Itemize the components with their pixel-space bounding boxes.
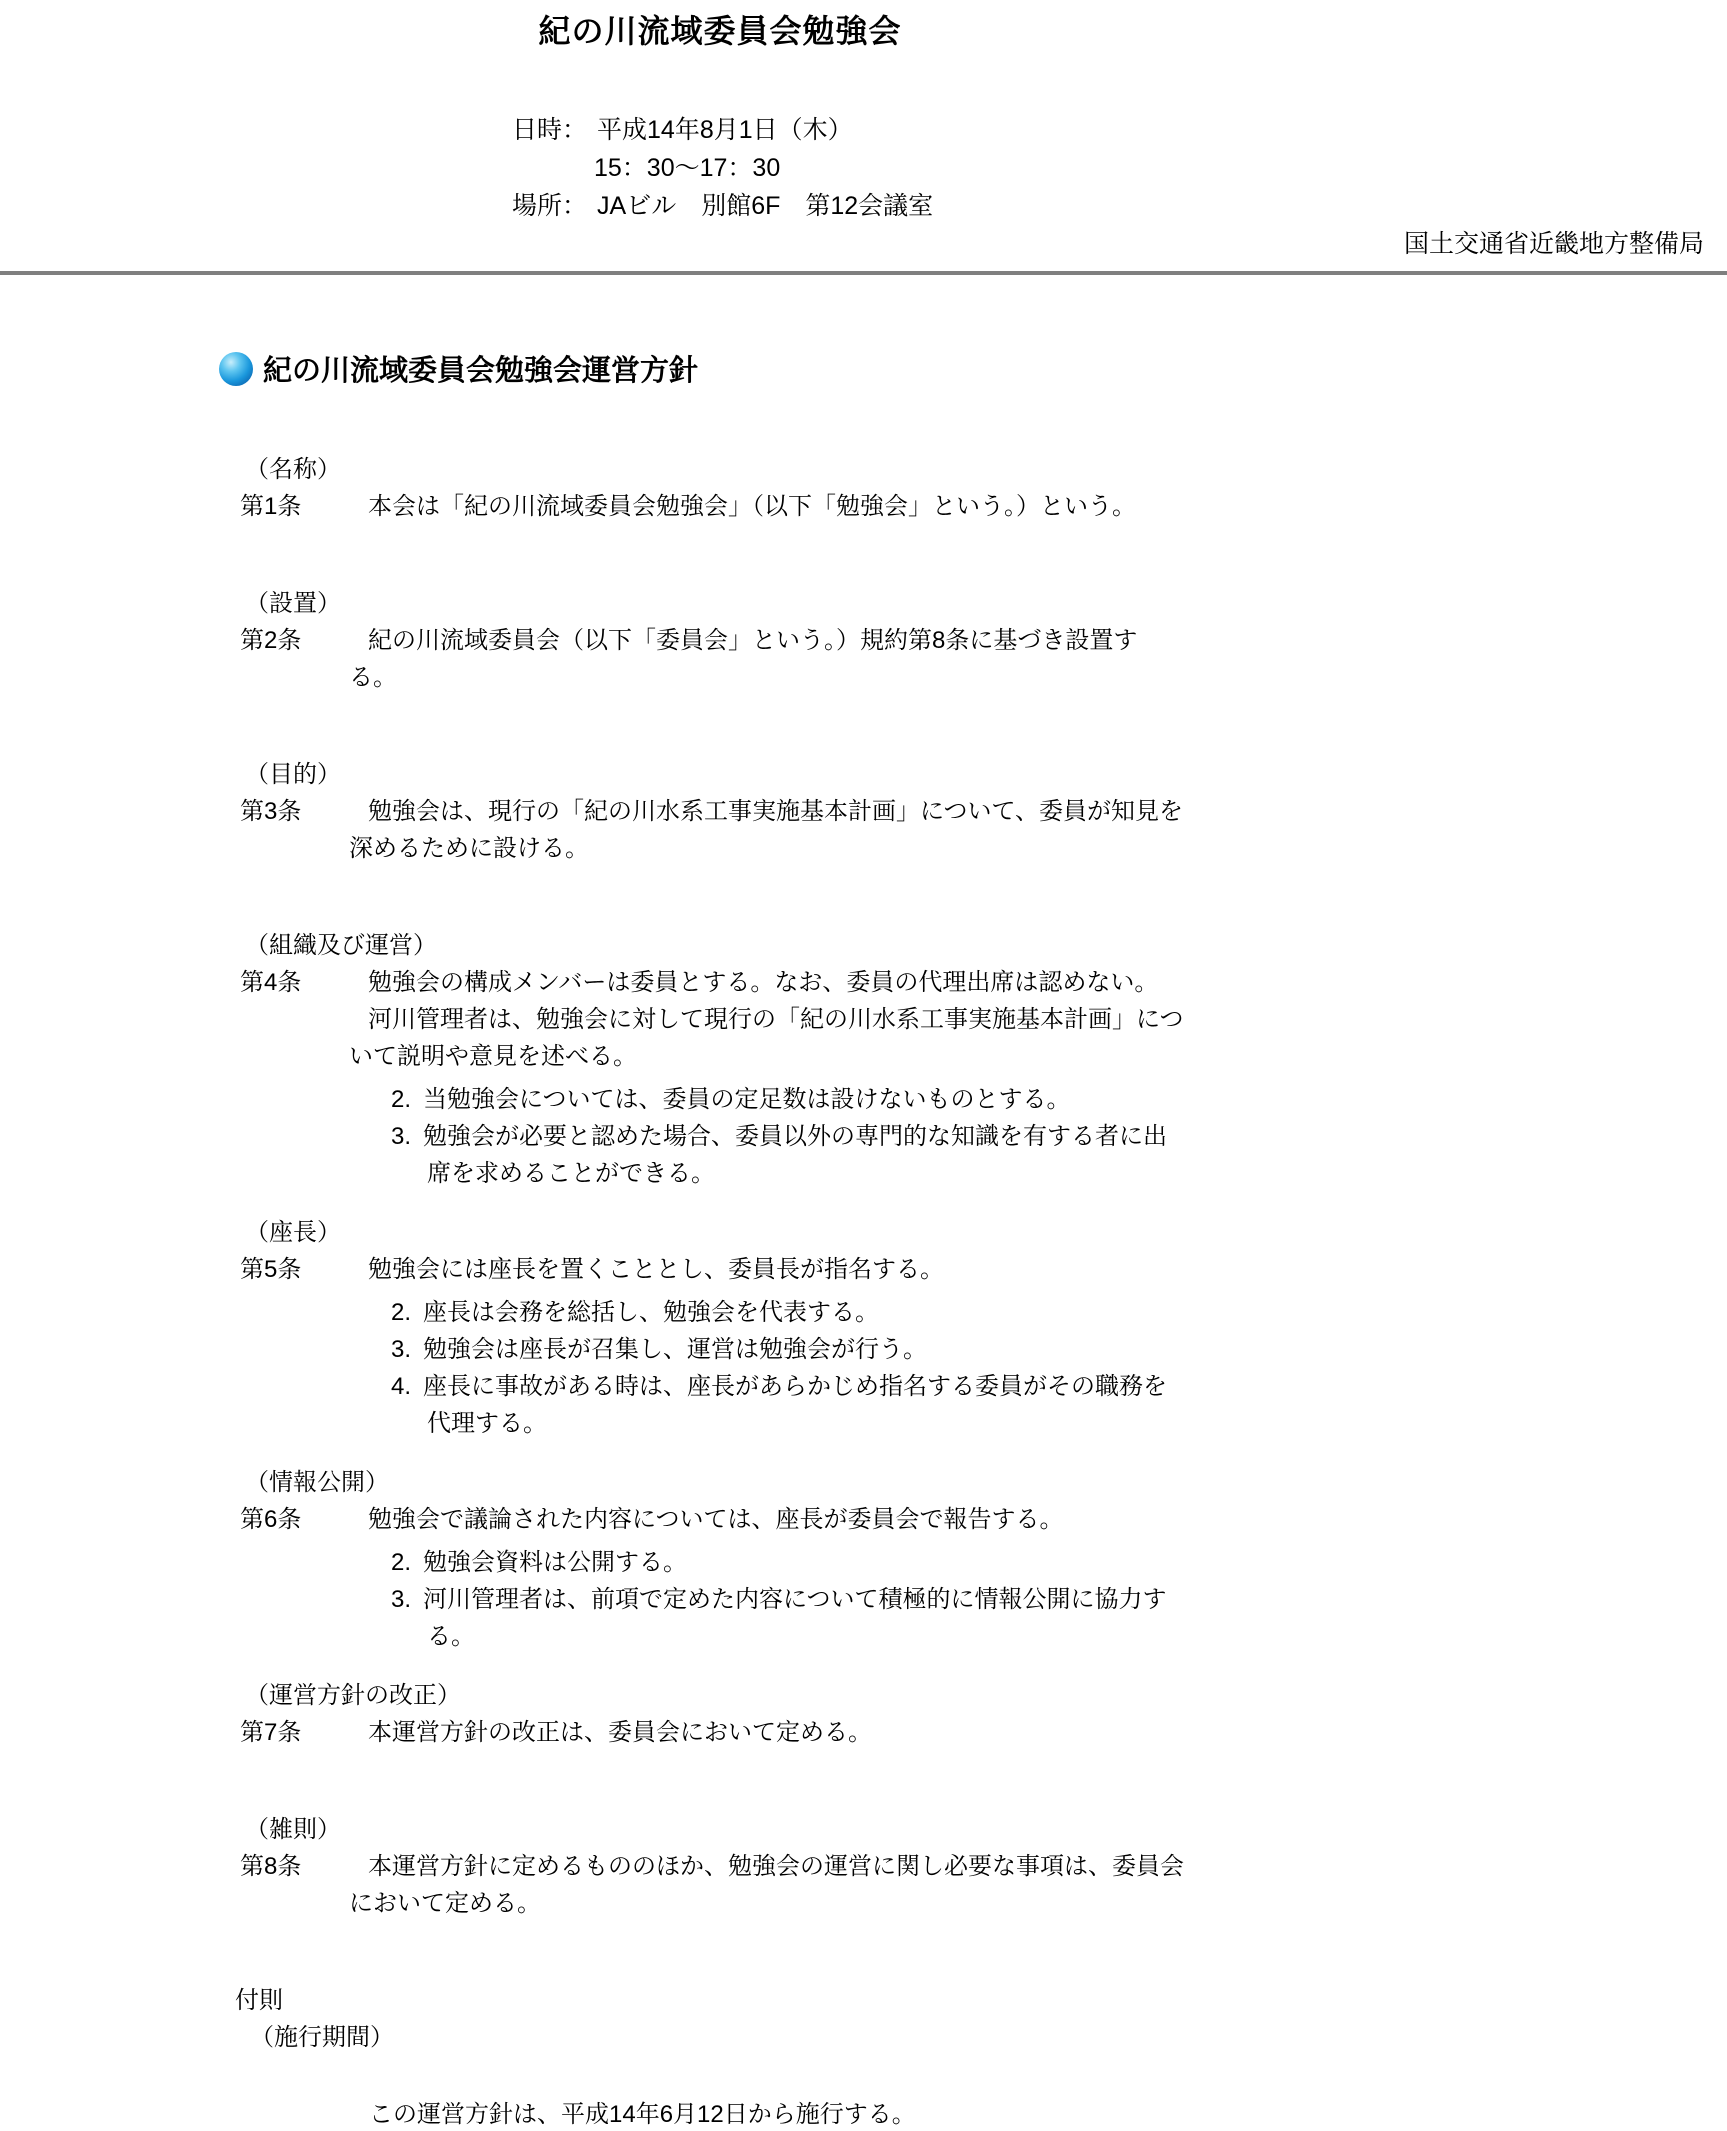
- document-page: 紀の川流域委員会勉強会 日時：平成14年8月1日（木） 15：30～17：30 …: [0, 0, 1727, 2131]
- meta-place: 場所：JAビル 別館6F 第12会議室: [0, 187, 1727, 225]
- article-text: 勉強会は、現行の「紀の川水系工事実施基本計画」について、委員が知見を: [368, 798, 1183, 825]
- item-text: 河川管理者は、前項で定めた内容について積極的に情報公開に協力す: [423, 1586, 1167, 1613]
- item-number: 3.: [391, 1123, 411, 1150]
- article-第7条: （運営方針の改正）第7条本運営方針の改正は、委員会において定める。: [0, 1677, 1727, 1751]
- article-caption: （設置）: [0, 585, 1727, 622]
- article-text-line: 第6条勉強会で議論された内容については、座長が委員会で報告する。: [0, 1501, 1727, 1538]
- article-第3条: （目的）第3条勉強会は、現行の「紀の川水系工事実施基本計画」について、委員が知見…: [0, 756, 1727, 867]
- article-text: 勉強会で議論された内容については、座長が委員会で報告する。: [368, 1506, 1064, 1533]
- section-heading-text: 紀の川流域委員会勉強会運営方針: [263, 355, 698, 387]
- item-number: 2.: [391, 1086, 411, 1113]
- item-text: 勉強会は座長が召集し、運営は勉強会が行う。: [423, 1336, 927, 1363]
- article-text-line: いて説明や意見を述べる。: [0, 1038, 1727, 1075]
- article-number: 第2条: [240, 622, 301, 659]
- article-caption: （情報公開）: [0, 1464, 1727, 1501]
- article-text-line: 第5条勉強会には座長を置くこととし、委員長が指名する。: [0, 1251, 1727, 1288]
- article-caption: （運営方針の改正）: [0, 1677, 1727, 1714]
- article-caption: （雑則）: [0, 1811, 1727, 1848]
- item-number: 2.: [391, 1549, 411, 1576]
- article-item-line: 3.河川管理者は、前項で定めた内容について積極的に情報公開に協力す: [0, 1581, 1727, 1618]
- article-item-line: 3.勉強会が必要と認めた場合、委員以外の専門的な知識を有する者に出: [0, 1118, 1727, 1155]
- article-第2条: （設置）第2条紀の川流域委員会（以下「委員会」という。）規約第8条に基づき設置す…: [0, 585, 1727, 696]
- section-heading: 紀の川流域委員会勉強会運営方針: [0, 348, 1727, 388]
- article-text-line: 第4条勉強会の構成メンバーは委員とする。なお、委員の代理出席は認めない。: [0, 964, 1727, 1001]
- blue-sphere-bullet-icon: [219, 352, 253, 386]
- article-第1条: （名称）第1条本会は「紀の川流域委員会勉強会」（以下「勉強会」という。）という。: [0, 451, 1727, 525]
- article-第6条: （情報公開）第6条勉強会で議論された内容については、座長が委員会で報告する。2.…: [0, 1464, 1727, 1655]
- article-text-line: 第8条本運営方針に定めるもののほか、勉強会の運営に関し必要な事項は、委員会: [0, 1848, 1727, 1885]
- article-text-line: 第1条本会は「紀の川流域委員会勉強会」（以下「勉強会」という。）という。: [0, 488, 1727, 525]
- article-text: 勉強会には座長を置くこととし、委員長が指名する。: [368, 1256, 944, 1283]
- article-text-line: 第3条勉強会は、現行の「紀の川水系工事実施基本計画」について、委員が知見を: [0, 793, 1727, 830]
- article-caption: （組織及び運営）: [0, 927, 1727, 964]
- article-number: 第8条: [240, 1848, 301, 1885]
- article-item-wrap-line: る。: [0, 1618, 1727, 1655]
- datetime-value: 平成14年8月1日（木）: [597, 116, 853, 144]
- article-text-line: において定める。: [0, 1885, 1727, 1922]
- place-label: 場所：: [512, 192, 587, 220]
- article-text: 紀の川流域委員会（以下「委員会」という。）規約第8条に基づき設置す: [368, 627, 1137, 654]
- item-number: 3.: [391, 1586, 411, 1613]
- articles-container: （名称）第1条本会は「紀の川流域委員会勉強会」（以下「勉強会」という。）という。…: [0, 451, 1727, 1922]
- article-caption: （目的）: [0, 756, 1727, 793]
- item-text: 当勉強会については、委員の定足数は設けないものとする。: [423, 1086, 1071, 1113]
- article-item-line: 3.勉強会は座長が召集し、運営は勉強会が行う。: [0, 1331, 1727, 1368]
- article-number: 第6条: [240, 1501, 301, 1538]
- article-text-line: 深めるために設ける。: [0, 830, 1727, 867]
- article-第5条: （座長）第5条勉強会には座長を置くこととし、委員長が指名する。2.座長は会務を総…: [0, 1214, 1727, 1442]
- place-value: JAビル 別館6F 第12会議室: [597, 192, 933, 220]
- item-text: 座長は会務を総括し、勉強会を代表する。: [423, 1299, 879, 1326]
- article-text: 勉強会の構成メンバーは委員とする。なお、委員の代理出席は認めない。: [368, 969, 1158, 996]
- item-number: 4.: [391, 1373, 411, 1400]
- appendix: 付則 （施行期間） この運営方針は、平成14年6月12日から施行する。: [0, 1982, 1727, 2131]
- item-text: 勉強会が必要と認めた場合、委員以外の専門的な知識を有する者に出: [423, 1123, 1167, 1150]
- item-text: 勉強会資料は公開する。: [423, 1549, 687, 1576]
- document-title: 紀の川流域委員会勉強会: [0, 11, 1440, 51]
- article-text-line: 第7条本運営方針の改正は、委員会において定める。: [0, 1714, 1727, 1751]
- article-caption: （名称）: [0, 451, 1727, 488]
- article-text-line: 第2条紀の川流域委員会（以下「委員会」という。）規約第8条に基づき設置す: [0, 622, 1727, 659]
- horizontal-divider: [0, 271, 1727, 275]
- article-item-line: 2.勉強会資料は公開する。: [0, 1544, 1727, 1581]
- article-number: 第7条: [240, 1714, 301, 1751]
- article-text: 本会は「紀の川流域委員会勉強会」（以下「勉強会」という。）という。: [368, 493, 1136, 520]
- meta-datetime: 日時：平成14年8月1日（木）: [0, 111, 1727, 149]
- article-item-line: 4.座長に事故がある時は、座長があらかじめ指名する委員がその職務を: [0, 1368, 1727, 1405]
- item-text: 座長に事故がある時は、座長があらかじめ指名する委員がその職務を: [423, 1373, 1167, 1400]
- datetime-label: 日時：: [512, 116, 587, 144]
- article-text: 本運営方針の改正は、委員会において定める。: [368, 1719, 872, 1746]
- item-number: 3.: [391, 1336, 411, 1363]
- article-第8条: （雑則）第8条本運営方針に定めるもののほか、勉強会の運営に関し必要な事項は、委員…: [0, 1811, 1727, 1922]
- appendix-caption: （施行期間）: [0, 2019, 1727, 2056]
- article-text: 本運営方針に定めるもののほか、勉強会の運営に関し必要な事項は、委員会: [368, 1853, 1184, 1880]
- appendix-text: この運営方針は、平成14年6月12日から施行する。: [0, 2096, 1727, 2131]
- article-text-line: る。: [0, 659, 1727, 696]
- article-number: 第5条: [240, 1251, 301, 1288]
- appendix-label: 付則: [0, 1982, 1727, 2019]
- meeting-meta: 日時：平成14年8月1日（木） 15：30～17：30 場所：JAビル 別館6F…: [0, 111, 1727, 225]
- article-text-line: 河川管理者は、勉強会に対して現行の「紀の川水系工事実施基本計画」につ: [0, 1001, 1727, 1038]
- article-item-wrap-line: 席を求めることができる。: [0, 1155, 1727, 1192]
- article-item-line: 2.当勉強会については、委員の定足数は設けないものとする。: [0, 1081, 1727, 1118]
- time-value: 15：30～17：30: [594, 154, 780, 182]
- article-item-line: 2.座長は会務を総括し、勉強会を代表する。: [0, 1294, 1727, 1331]
- article-caption: （座長）: [0, 1214, 1727, 1251]
- article-item-wrap-line: 代理する。: [0, 1405, 1727, 1442]
- article-第4条: （組織及び運営）第4条勉強会の構成メンバーは委員とする。なお、委員の代理出席は認…: [0, 927, 1727, 1192]
- item-number: 2.: [391, 1299, 411, 1326]
- article-number: 第1条: [240, 488, 301, 525]
- article-number: 第4条: [240, 964, 301, 1001]
- meta-time: 15：30～17：30: [0, 149, 1727, 187]
- article-number: 第3条: [240, 793, 301, 830]
- organization-name: 国土交通省近畿地方整備局: [0, 225, 1727, 263]
